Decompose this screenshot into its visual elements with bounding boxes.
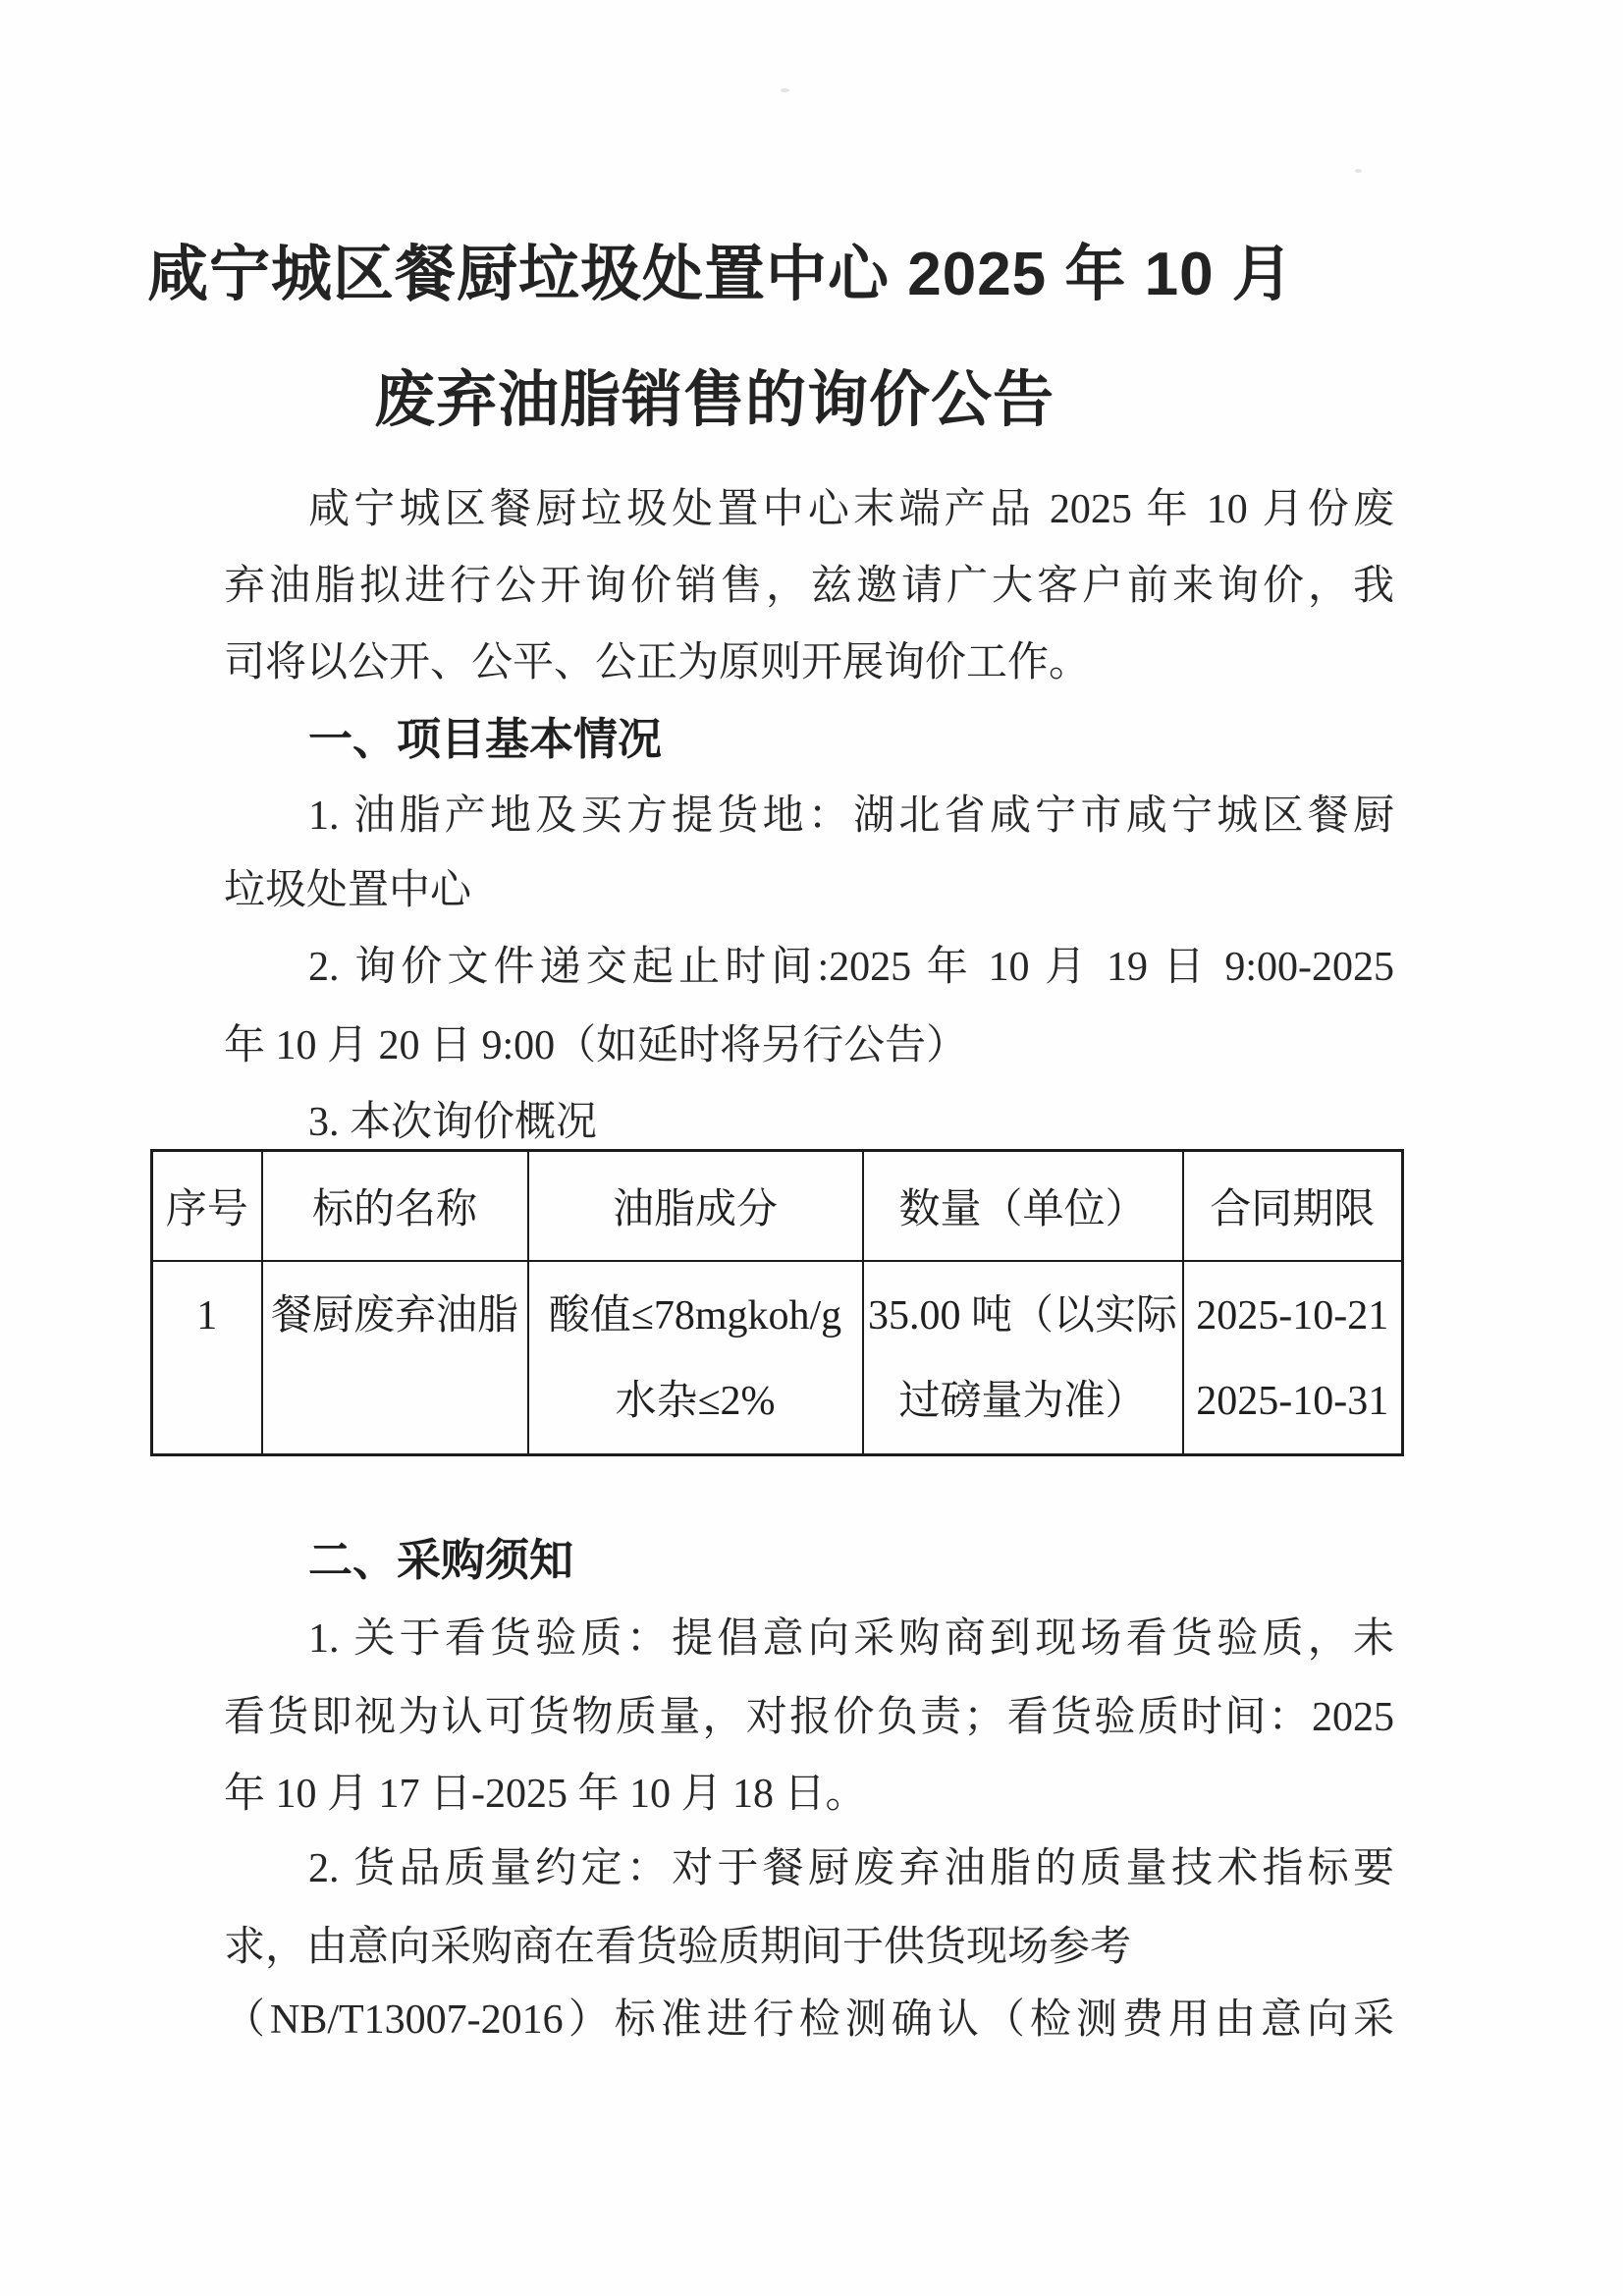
intro-paragraph-line: 弃油脂拟进行公开询价销售，兹邀请广大客户前来询价，我 bbox=[224, 560, 1394, 613]
cell-period: 2025-10-21 2025-10-31 bbox=[1183, 1261, 1403, 1455]
cell-seq: 1 bbox=[152, 1261, 262, 1455]
document-title-line-1: 咸宁城区餐厨垃圾处置中心 2025 年 10 月 bbox=[147, 240, 1281, 310]
scan-artifact bbox=[781, 88, 789, 92]
column-header-quantity: 数量（单位） bbox=[863, 1151, 1183, 1261]
section-2-item-line: 2. 货品质量约定：对于餐厨废弃油脂的质量技术指标要 bbox=[224, 1842, 1394, 1895]
column-header-composition: 油脂成分 bbox=[528, 1151, 863, 1261]
table-header-row: 序号 标的名称 油脂成分 数量（单位） 合同期限 bbox=[152, 1151, 1403, 1261]
section-1-item-line: 垃圾处置中心 bbox=[224, 864, 1394, 917]
section-2-item-line: 年 10 月 17 日-2025 年 10 月 18 日。 bbox=[224, 1768, 1394, 1821]
section-1-item-line: 3. 本次询价概况 bbox=[224, 1096, 1394, 1149]
section-1-item-line: 年 10 月 20 日 9:00（如延时将另行公告） bbox=[224, 1019, 1394, 1072]
cell-quantity: 35.00 吨（以实际 过磅量为准） bbox=[863, 1261, 1183, 1455]
section-2-item-line: 看货即视为认可货物质量，对报价负责；看货验质时间：2025 bbox=[224, 1691, 1394, 1744]
section-2-heading: 二、采购须知 bbox=[224, 1534, 1394, 1587]
column-header-period: 合同期限 bbox=[1183, 1151, 1403, 1261]
section-2-item-line: 求，由意向采购商在看货验质期间于供货现场参考 bbox=[224, 1921, 1394, 1974]
cell-composition: 酸值≤78mgkoh/g 水杂≤2% bbox=[528, 1261, 863, 1455]
column-header-name: 标的名称 bbox=[262, 1151, 528, 1261]
table-row: 1 餐厨废弃油脂 酸值≤78mgkoh/g 水杂≤2% 35.00 吨（以实际 … bbox=[152, 1261, 1403, 1455]
scan-artifact bbox=[1355, 169, 1362, 173]
inquiry-overview-table: 序号 标的名称 油脂成分 数量（单位） 合同期限 1 餐厨废弃油脂 酸值≤78m… bbox=[150, 1149, 1404, 1456]
section-2-item-line: 1. 关于看货验质：提倡意向采购商到现场看货验质，未 bbox=[224, 1613, 1394, 1666]
section-1-item-line: 1. 油脂产地及买方提货地：湖北省咸宁市咸宁城区餐厨 bbox=[224, 790, 1394, 843]
section-1-heading: 一、项目基本情况 bbox=[224, 713, 1394, 766]
section-1-item-line: 2. 询价文件递交起止时间:2025 年 10 月 19 日 9:00-2025 bbox=[224, 941, 1394, 994]
intro-paragraph-line: 咸宁城区餐厨垃圾处置中心末端产品 2025 年 10 月份废 bbox=[224, 483, 1394, 536]
scanned-document-page: 咸宁城区餐厨垃圾处置中心 2025 年 10 月 废弃油脂销售的询价公告 咸宁城… bbox=[0, 0, 1623, 2296]
section-2-item-line: （NB/T13007-2016）标准进行检测确认（检测费用由意向采 bbox=[224, 1994, 1394, 2047]
intro-paragraph-line: 司将以公开、公平、公正为原则开展询价工作。 bbox=[224, 636, 1394, 689]
column-header-seq: 序号 bbox=[152, 1151, 262, 1261]
document-title-line-2: 废弃油脂销售的询价公告 bbox=[147, 365, 1281, 436]
cell-name: 餐厨废弃油脂 bbox=[262, 1261, 528, 1455]
